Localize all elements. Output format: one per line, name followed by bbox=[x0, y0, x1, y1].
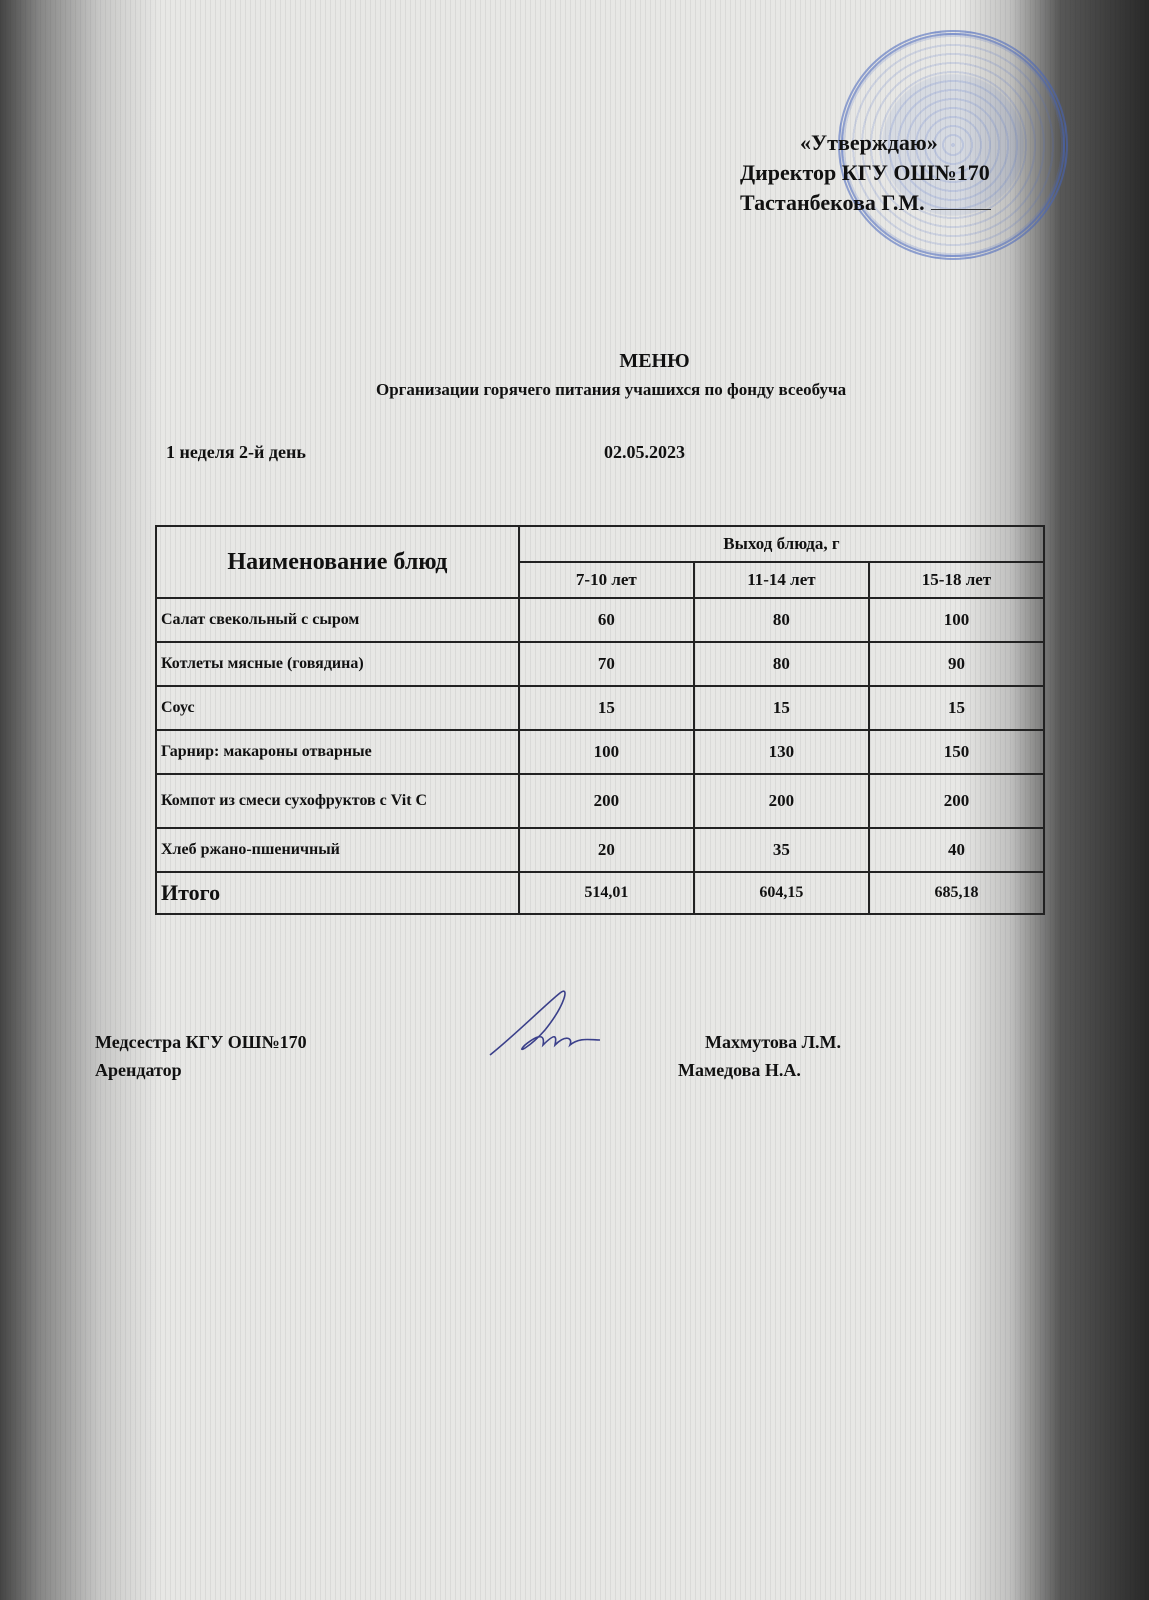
dish-name: Хлеб ржано-пшеничный bbox=[156, 828, 519, 872]
dish-name-header: Наименование блюд bbox=[156, 526, 519, 598]
menu-date: 02.05.2023 bbox=[604, 442, 685, 463]
yield-value: 15 bbox=[694, 686, 869, 730]
age-header: 15-18 лет bbox=[869, 562, 1044, 598]
table-row: Гарнир: макароны отварные 100 130 150 bbox=[156, 730, 1044, 774]
table-row: Салат свекольный с сыром 60 80 100 bbox=[156, 598, 1044, 642]
signature-line bbox=[931, 209, 991, 210]
week-day: 1 неделя 2-й день bbox=[166, 442, 306, 463]
page-subtitle: Организации горячего питания учашихся по… bbox=[376, 380, 846, 400]
yield-value: 15 bbox=[519, 686, 694, 730]
yield-value: 150 bbox=[869, 730, 1044, 774]
handwritten-signature bbox=[485, 985, 605, 1065]
director-name: Тастанбекова Г.М. bbox=[740, 190, 925, 215]
yield-value: 20 bbox=[519, 828, 694, 872]
total-value: 514,01 bbox=[519, 872, 694, 914]
approval-label: «Утверждаю» bbox=[740, 128, 1060, 158]
table-row: Соус 15 15 15 bbox=[156, 686, 1044, 730]
yield-value: 35 bbox=[694, 828, 869, 872]
tenant-name: Мамедова Н.А. bbox=[678, 1060, 801, 1081]
yield-value: 200 bbox=[694, 774, 869, 828]
table-row: Хлеб ржано-пшеничный 20 35 40 bbox=[156, 828, 1044, 872]
dish-name: Салат свекольный с сыром bbox=[156, 598, 519, 642]
nurse-role: Медсестра КГУ ОШ№170 bbox=[95, 1032, 307, 1053]
yield-value: 80 bbox=[694, 598, 869, 642]
table-row: Компот из смеси сухофруктов с Vit C 200 … bbox=[156, 774, 1044, 828]
yield-value: 100 bbox=[519, 730, 694, 774]
yield-value: 40 bbox=[869, 828, 1044, 872]
total-row: Итого 514,01 604,15 685,18 bbox=[156, 872, 1044, 914]
age-header: 11-14 лет bbox=[694, 562, 869, 598]
yield-value: 100 bbox=[869, 598, 1044, 642]
nurse-name: Махмутова Л.М. bbox=[705, 1032, 841, 1053]
yield-value: 15 bbox=[869, 686, 1044, 730]
total-value: 685,18 bbox=[869, 872, 1044, 914]
total-value: 604,15 bbox=[694, 872, 869, 914]
dish-name: Соус bbox=[156, 686, 519, 730]
yield-value: 90 bbox=[869, 642, 1044, 686]
director-title: Директор КГУ ОШ№170 bbox=[740, 158, 1060, 188]
approval-block: «Утверждаю» Директор КГУ ОШ№170 Тастанбе… bbox=[740, 128, 1060, 218]
yield-header: Выход блюда, г bbox=[519, 526, 1044, 562]
age-header: 7-10 лет bbox=[519, 562, 694, 598]
dish-name: Компот из смеси сухофруктов с Vit C bbox=[156, 774, 519, 828]
yield-value: 130 bbox=[694, 730, 869, 774]
tenant-role: Арендатор bbox=[95, 1060, 182, 1081]
dish-name: Котлеты мясные (говядина) bbox=[156, 642, 519, 686]
total-label: Итого bbox=[156, 872, 519, 914]
table-row: Котлеты мясные (говядина) 70 80 90 bbox=[156, 642, 1044, 686]
yield-value: 200 bbox=[519, 774, 694, 828]
menu-table: Наименование блюд Выход блюда, г 7-10 ле… bbox=[155, 525, 1045, 915]
yield-value: 70 bbox=[519, 642, 694, 686]
yield-value: 200 bbox=[869, 774, 1044, 828]
page-title: МЕНЮ bbox=[0, 350, 1149, 373]
yield-value: 60 bbox=[519, 598, 694, 642]
yield-value: 80 bbox=[694, 642, 869, 686]
dish-name: Гарнир: макароны отварные bbox=[156, 730, 519, 774]
